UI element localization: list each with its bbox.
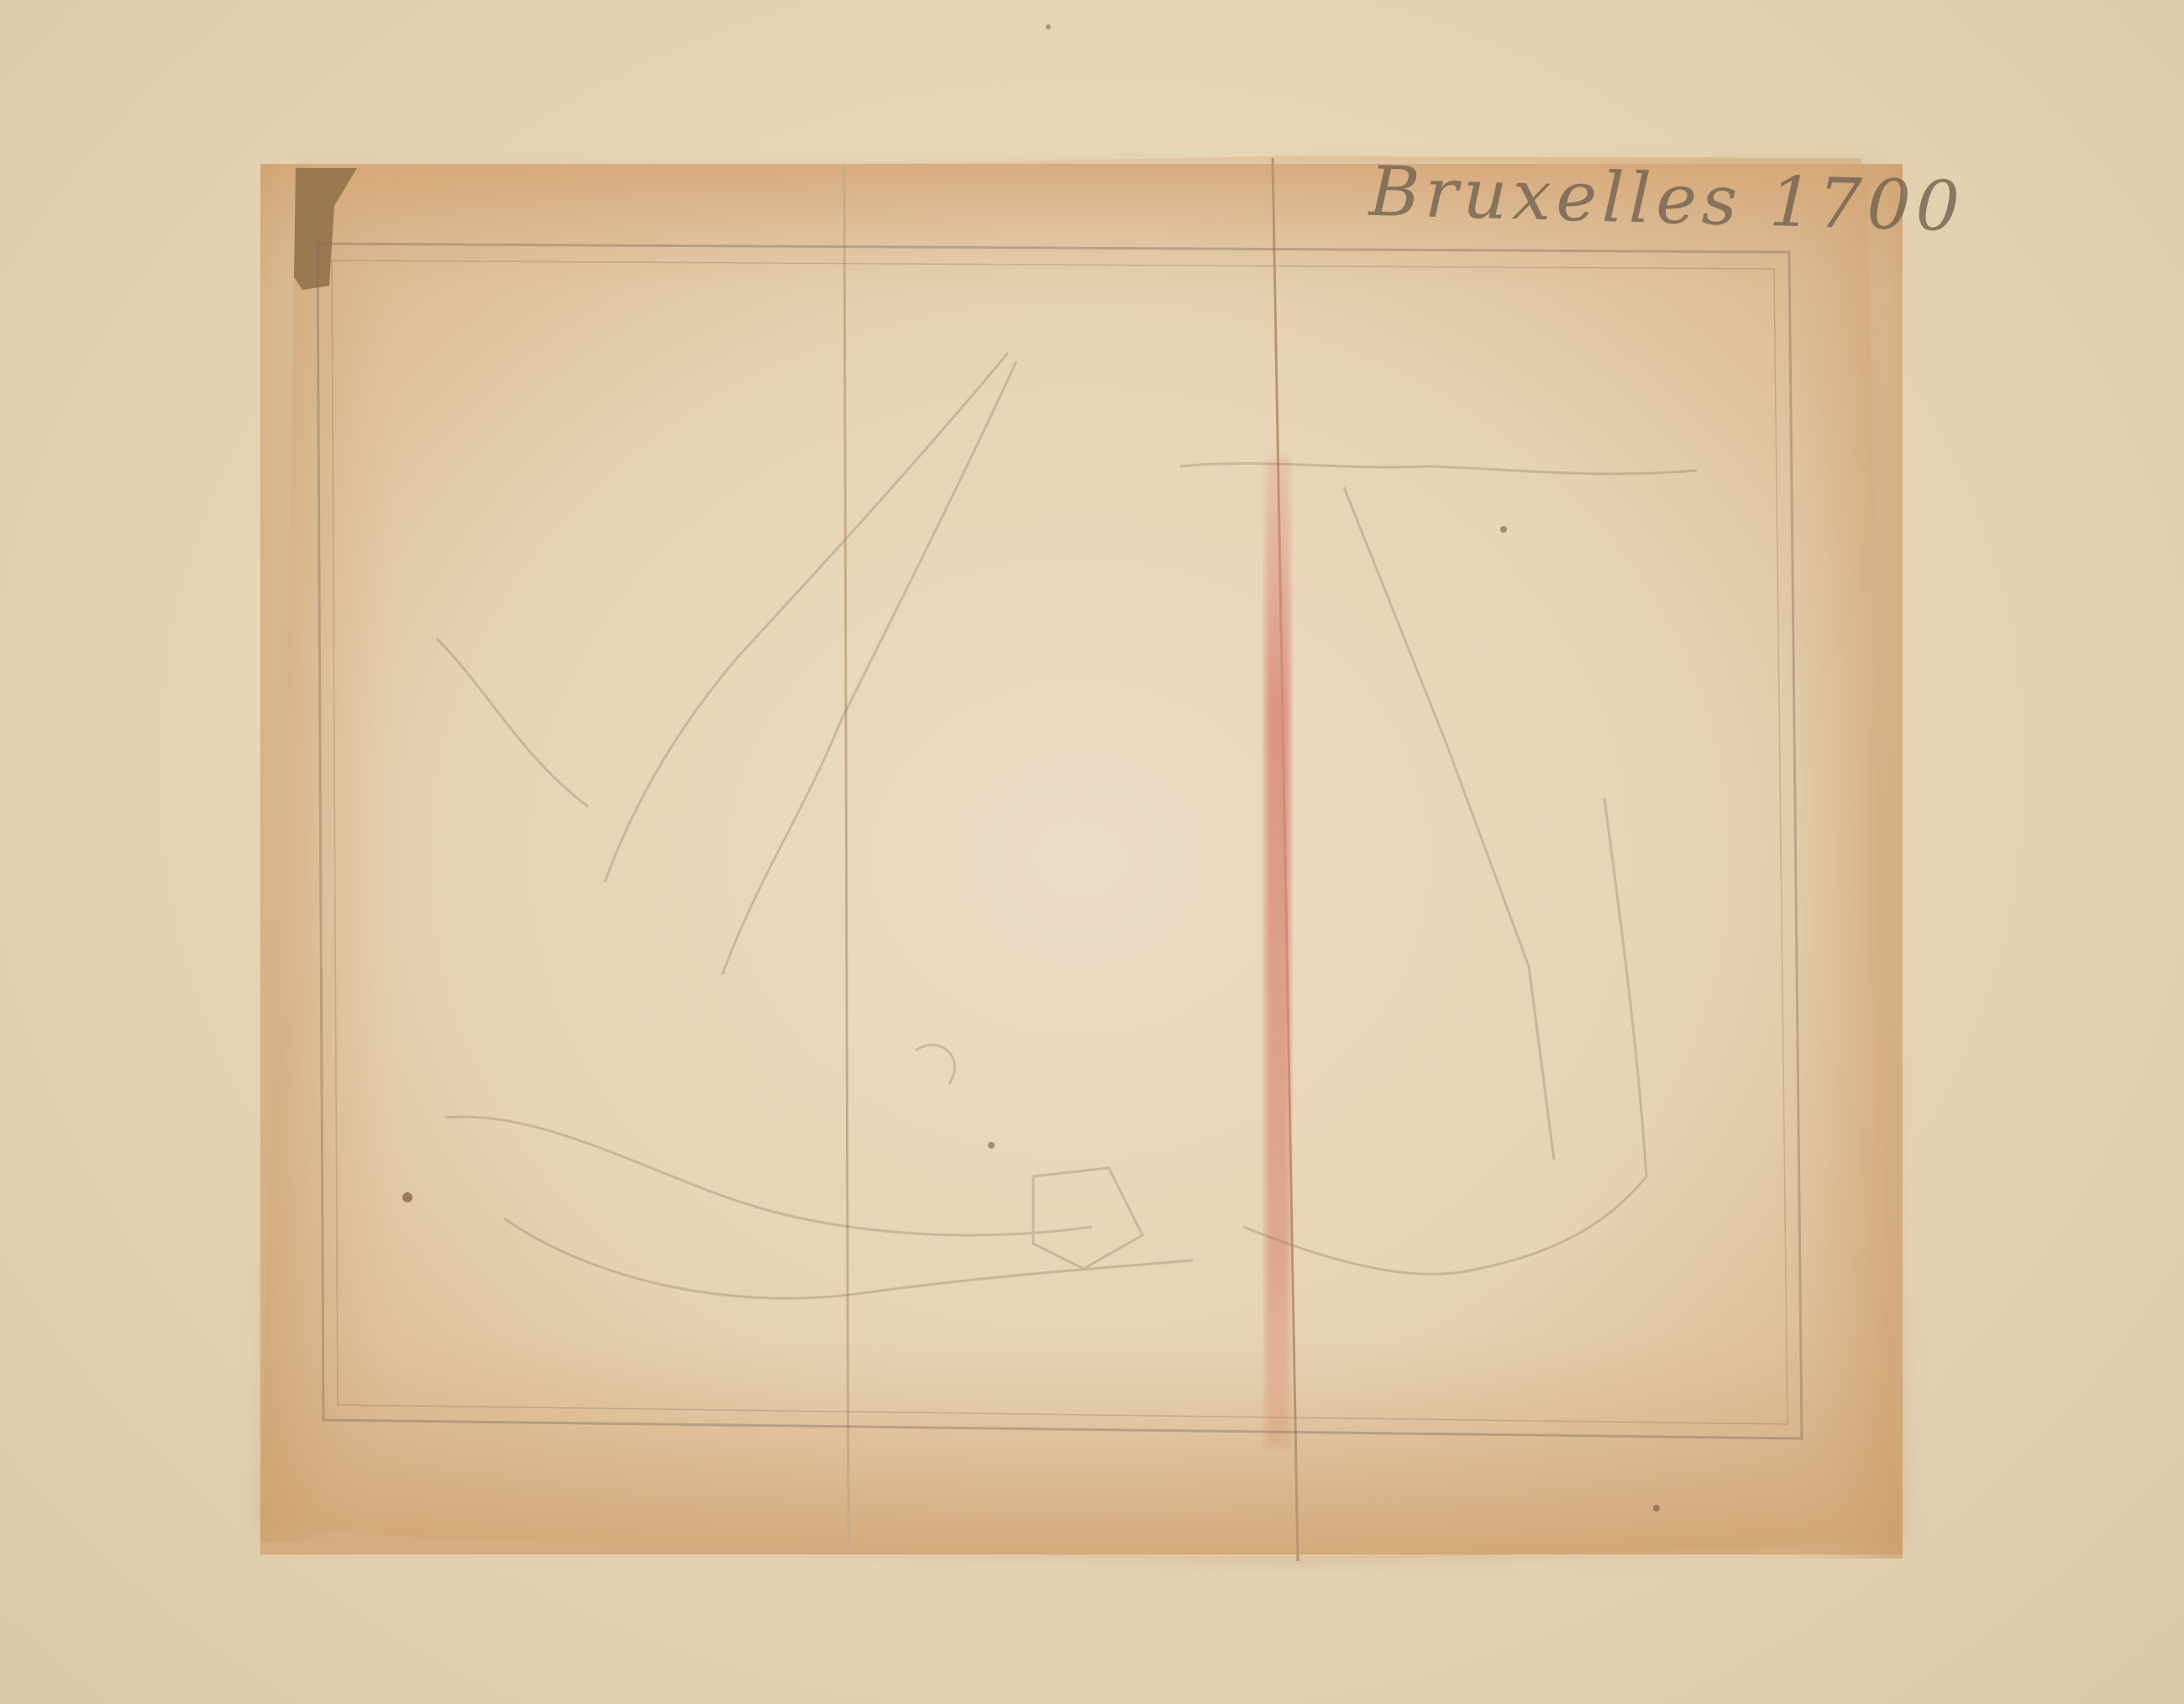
pencil-annotation: Bruxelles 1700 (1368, 152, 1966, 248)
photo-scene: Bruxelles 1700 (0, 0, 2184, 1704)
map-sheet (0, 0, 2184, 1704)
